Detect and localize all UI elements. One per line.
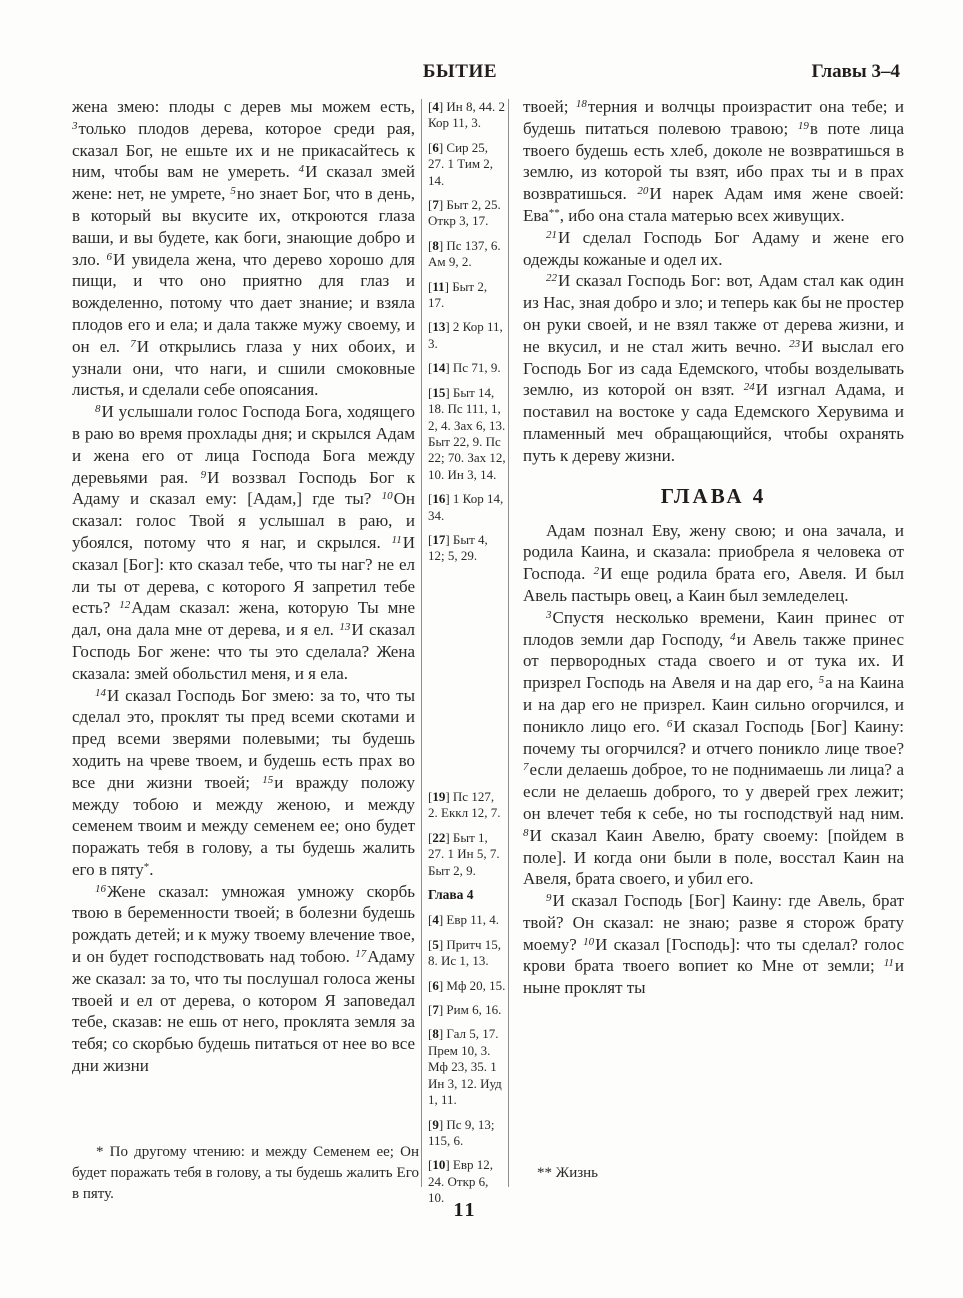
verse-number: 22 xyxy=(546,272,557,284)
verse-number: 21 xyxy=(546,229,557,241)
reference-entry: [17] Быт 4, 12; 5, 29. xyxy=(428,532,506,565)
reference-verse-number: 8 xyxy=(432,1026,439,1041)
verse-paragraph: жена змею: плоды с дерев мы можем есть, … xyxy=(72,96,415,401)
reference-verse-number: 11 xyxy=(432,279,444,294)
reference-verse-number: 7 xyxy=(432,1002,439,1017)
verse-number: 17 xyxy=(355,948,366,960)
verse-number: 15 xyxy=(262,774,273,786)
verse-number: 7 xyxy=(130,338,136,350)
reference-entry: [4] Ин 8, 44. 2 Кор 11, 3. xyxy=(428,99,506,132)
verse-number: 19 xyxy=(798,120,809,132)
reference-verse-number: 16 xyxy=(432,491,445,506)
verse-number: 12 xyxy=(119,599,130,611)
reference-verse-number: 7 xyxy=(432,197,439,212)
references-chapter4-heading: Глава 4 xyxy=(428,887,506,903)
verse-number: 8 xyxy=(95,403,101,415)
cross-references-bottom: [19] Пс 127, 2. Еккл 12, 7.[22] Быт 1, 2… xyxy=(428,789,506,1215)
reference-entry: [15] Быт 14, 18. Пс 111, 1, 2, 4. Зах 6,… xyxy=(428,385,506,483)
verse-number: 11 xyxy=(884,957,894,969)
reference-verse-number: 9 xyxy=(432,1117,439,1132)
verse-paragraph: 14И сказал Господь Бог змею: за то, что … xyxy=(72,685,415,881)
reference-entry: [4] Евр 11, 4. xyxy=(428,912,506,928)
reference-verse-number: 6 xyxy=(432,140,439,155)
cross-references-top: [4] Ин 8, 44. 2 Кор 11, 3.[6] Сир 25, 27… xyxy=(428,99,506,573)
reference-entry: [6] Сир 25, 27. 1 Тим 2, 14. xyxy=(428,140,506,189)
reference-entry: [7] Быт 2, 25. Откр 3, 17. xyxy=(428,197,506,230)
reference-entry: [14] Пс 71, 9. xyxy=(428,360,506,376)
verse-number: 24 xyxy=(744,381,755,393)
verse-paragraph: твоей; 18терния и волчцы произрастит она… xyxy=(523,96,904,227)
verse-paragraph: 22И сказал Господь Бог: вот, Адам стал к… xyxy=(523,270,904,466)
reference-verse-number: 13 xyxy=(432,319,445,334)
reference-entry: [9] Пс 9, 13; 115, 6. xyxy=(428,1117,506,1150)
chapter-4-heading: ГЛАВА 4 xyxy=(523,484,904,509)
verse-number: 9 xyxy=(201,469,207,481)
reference-entry: [7] Рим 6, 16. xyxy=(428,1002,506,1018)
reference-verse-number: 10 xyxy=(432,1157,445,1172)
verse-number: 14 xyxy=(95,687,106,699)
bible-page: БЫТИЕ Главы 3–4 жена змею: плоды с дерев… xyxy=(0,0,963,1298)
verse-paragraph: 8И услышали голос Господа Бога, ходящего… xyxy=(72,401,415,684)
verse-number: 3 xyxy=(546,609,552,621)
verse-paragraph: 9И сказал Господь [Бог] Каину: где Авель… xyxy=(523,890,904,999)
reference-verse-number: 22 xyxy=(432,830,445,845)
reference-entry: [22] Быт 1, 27. 1 Ин 5, 7. Быт 2, 9. xyxy=(428,830,506,879)
column-divider-left xyxy=(421,99,422,1187)
reference-entry: [6] Мф 20, 15. xyxy=(428,978,506,994)
footnote-marker: * xyxy=(144,861,150,873)
verse-number: 9 xyxy=(546,892,552,904)
verse-number: 20 xyxy=(637,185,648,197)
verse-number: 5 xyxy=(230,185,236,197)
reference-verse-number: 4 xyxy=(432,99,439,114)
page-number: 11 xyxy=(0,1199,930,1222)
verse-number: 2 xyxy=(594,565,600,577)
verse-number: 8 xyxy=(523,827,529,839)
verse-number: 10 xyxy=(583,936,594,948)
verse-number: 11 xyxy=(392,534,402,546)
verse-number: 18 xyxy=(576,98,587,110)
reference-verse-number: 4 xyxy=(432,912,439,927)
reference-verse-number: 6 xyxy=(432,978,439,993)
verse-number: 6 xyxy=(667,718,673,730)
footnote-marker: ** xyxy=(549,207,560,219)
verse-number: 23 xyxy=(789,338,800,350)
reference-verse-number: 15 xyxy=(432,385,445,400)
verse-paragraph: 3Спустя несколько времени, Каин принес о… xyxy=(523,607,904,890)
verse-number: 7 xyxy=(523,761,529,773)
reference-verse-number: 19 xyxy=(432,789,445,804)
column-divider-right xyxy=(508,99,509,1187)
verse-number: 4 xyxy=(299,163,305,175)
reference-verse-number: 17 xyxy=(432,532,445,547)
verse-number: 4 xyxy=(730,631,736,643)
reference-entry: [8] Гал 5, 17. Прем 10, 3. Мф 23, 35. 1 … xyxy=(428,1026,506,1108)
chapter-range: Главы 3–4 xyxy=(812,61,900,83)
footnote-right: ** Жизнь xyxy=(537,1163,598,1184)
verse-number: 5 xyxy=(819,674,825,686)
verse-paragraph: 21И сделал Господь Бог Адаму и жене его … xyxy=(523,227,904,271)
verse-number: 16 xyxy=(95,883,106,895)
verse-paragraph: Адам познал Еву, жену свою; и она зачала… xyxy=(523,520,904,607)
reference-verse-number: 8 xyxy=(432,238,439,253)
reference-entry: [19] Пс 127, 2. Еккл 12, 7. xyxy=(428,789,506,822)
verse-number: 3 xyxy=(72,120,78,132)
reference-verse-number: 5 xyxy=(432,937,439,952)
book-title: БЫТИЕ xyxy=(0,61,920,83)
footnote-left: * По другому чтению: и между Семенем ее;… xyxy=(72,1142,419,1205)
reference-entry: [16] 1 Кор 14, 34. xyxy=(428,491,506,524)
reference-entry: [8] Пс 137, 6. Ам 9, 2. xyxy=(428,238,506,271)
left-text-column: жена змею: плоды с дерев мы можем есть, … xyxy=(72,96,415,1077)
reference-verse-number: 14 xyxy=(432,360,445,375)
right-text-column: твоей; 18терния и волчцы произрастит она… xyxy=(523,96,904,999)
reference-entry: [11] Быт 2, 17. xyxy=(428,279,506,312)
verse-number: 10 xyxy=(382,490,393,502)
verse-paragraph: 16Жене сказал: умножая умножу скорбь тво… xyxy=(72,881,415,1077)
verse-number: 6 xyxy=(106,251,112,263)
verse-number: 13 xyxy=(339,621,350,633)
reference-entry: [5] Притч 15, 8. Ис 1, 13. xyxy=(428,937,506,970)
reference-entry: [13] 2 Кор 11, 3. xyxy=(428,319,506,352)
